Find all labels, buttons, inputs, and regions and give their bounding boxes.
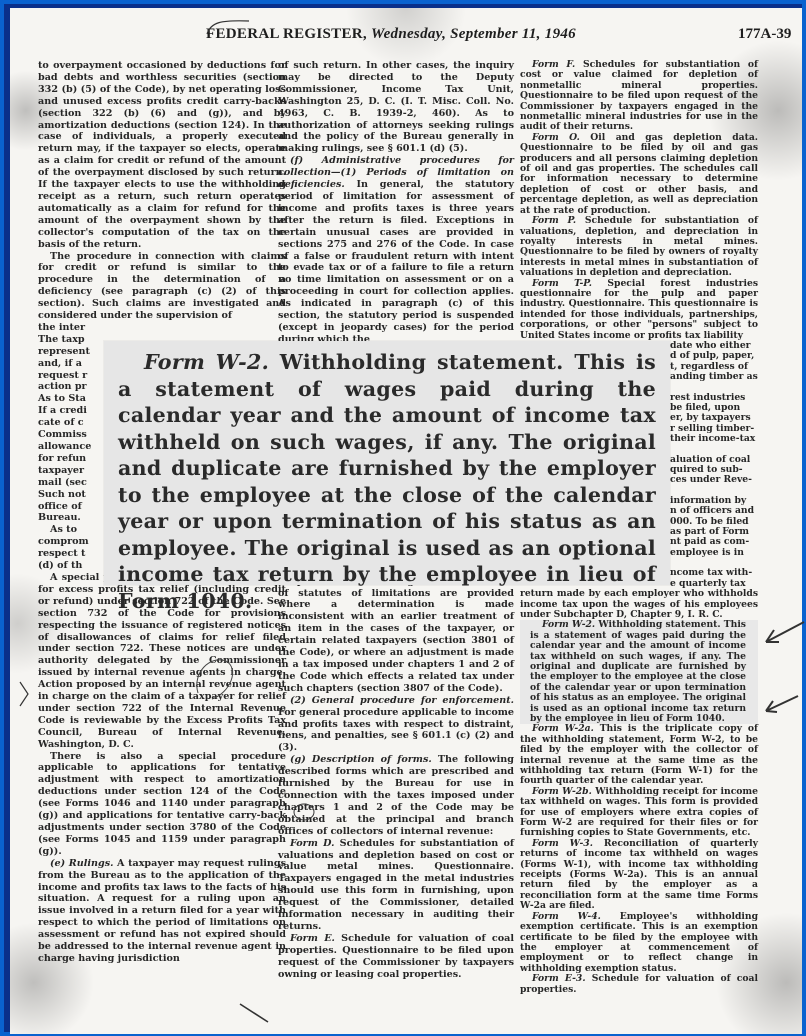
form-d-text: Schedules for substantiation of valuatio… (278, 838, 514, 932)
partial-line: action pr (38, 381, 108, 393)
partial-line: If a credi (38, 405, 108, 417)
forms-label: (g) Description of forms. (290, 754, 432, 765)
partial-line: The taxp (38, 334, 108, 346)
col3-form-tp: Form T-P. Special forest industries ques… (520, 279, 758, 341)
partial-line: mail (sec (38, 477, 108, 489)
col3-form-e3: Form E-3. Schedule for valuation of coal… (520, 974, 758, 995)
rulings-text: A taxpayer may request rulings from the … (38, 858, 286, 964)
partial-line: taxpayer (38, 465, 108, 477)
callout-label: Form W-2. (144, 350, 269, 374)
form-w4-label: Form W-4. (532, 911, 601, 922)
admin-text: In general, the statutory period of limi… (278, 179, 514, 345)
form-f-label: Form F. (532, 59, 575, 70)
partial-line: employee is in (670, 548, 758, 558)
partial-line: allowance (38, 441, 108, 453)
form-w2-label: Form W-2. (542, 619, 595, 630)
partial-line: represent (38, 346, 108, 358)
form-tp-label: Form T-P. (532, 278, 592, 289)
circled-letter-mark-icon (292, 802, 316, 822)
col3-form-f: Form F. Schedules for substantiation of … (520, 60, 758, 133)
partial-line: office of (38, 501, 108, 513)
col2-form-e: Form E. Schedule for valuation of coal p… (278, 933, 514, 981)
col3-form-p: Form P. Schedule for substantiation of v… (520, 216, 758, 278)
form-o-text: Oil and gas depletion data. Questionnair… (520, 132, 758, 216)
form-w2b-label: Form W-2b. (532, 786, 592, 797)
general-label: (2) General procedure for enforcement. (290, 695, 514, 706)
form-w2a-label: Form W-2a. (532, 723, 594, 734)
margin-bracket-icon (18, 680, 32, 708)
partial-line: As to Sta (38, 393, 108, 405)
partial-line: comprom (38, 536, 108, 548)
enlarged-form-w2-callout: Form W-2. Withholding statement. This is… (104, 341, 670, 585)
form-w2a-text: This is the triplicate copy of the withh… (520, 723, 758, 786)
col1-paragraph-4: There is also a special procedure applic… (38, 751, 286, 858)
col2-description-of-forms: (g) Description of forms. The following … (278, 754, 514, 837)
form-w2-text: Withholding statement. This is a stateme… (530, 619, 746, 724)
callout-text: Withholding statement. This is a stateme… (118, 350, 656, 613)
publication-date: Wednesday, September 11, 1946 (371, 26, 576, 42)
col2-admin-paragraph: (f) Administrative procedures for collec… (278, 155, 514, 346)
partial-line: Commiss (38, 429, 108, 441)
rulings-label: (e) Rulings. (50, 858, 113, 869)
form-w4-text: Employee's withholding exemption certifi… (520, 911, 758, 974)
forms-text: The following described forms which are … (278, 754, 514, 836)
arrow-annotation-icon (762, 618, 806, 648)
partial-line: Bureau. (38, 512, 108, 524)
publication-title: FEDERAL REGISTER, Wednesday, September 1… (206, 26, 576, 43)
col3-partial-lines: date who either d of pulp, paper, t, reg… (670, 341, 758, 589)
form-d-label: Form D. (290, 838, 334, 849)
callout-paragraph: Form W-2. Withholding statement. This is… (118, 349, 656, 614)
page-number: 177A-39 (738, 26, 791, 43)
newspaper-page: FEDERAL REGISTER, Wednesday, September 1… (10, 8, 802, 1034)
partial-line: anding timber as (670, 372, 758, 382)
col2-form-d: Form D. Schedules for substantiation of … (278, 838, 514, 933)
general-text: For general procedure applicable to inco… (278, 707, 514, 754)
col3-form-w2a: Form W-2a. This is the triplicate copy o… (520, 724, 758, 786)
form-w3-label: Form W-3. (532, 838, 593, 849)
form-tp-text: Special forest industries questionnaire … (520, 278, 758, 341)
form-p-text: Schedule for substantiation of valuation… (520, 215, 758, 278)
col2-general-procedure: (2) General procedure for enforcement. F… (278, 695, 514, 755)
partial-line: ces under Reve- (670, 475, 758, 485)
image-frame: FEDERAL REGISTER, Wednesday, September 1… (0, 0, 806, 1036)
partial-line: request r (38, 370, 108, 382)
col3-form-w2-highlighted: Form W-2. Withholding statement. This is… (520, 620, 758, 724)
partial-line: cate of c (38, 417, 108, 429)
page-header: FEDERAL REGISTER, Wednesday, September 1… (10, 26, 802, 46)
partial-line: (d) of th (38, 560, 108, 572)
col1-paragraph-2: The procedure in connection with claims … (38, 251, 286, 322)
pen-mark-icon (203, 16, 253, 36)
col3-form-w4: Form W-4. Employee's withholding exempti… (520, 912, 758, 974)
col3-form-w3: Form W-3. Reconciliation of quarterly re… (520, 839, 758, 912)
form-o-label: Form O. (532, 132, 580, 143)
form-w3-text: Reconciliation of quarterly returns of i… (520, 838, 758, 911)
pen-loop-mark-icon (190, 653, 240, 708)
form-p-label: Form P. (532, 215, 576, 226)
col1-rulings-paragraph: (e) Rulings. A taxpayer may request ruli… (38, 858, 286, 965)
col3-form-w2b: Form W-2b. Withholding receipt for incom… (520, 787, 758, 839)
form-e3-label: Form E-3. (532, 973, 586, 984)
arrow-annotation-icon (762, 693, 802, 715)
partial-line: the inter (38, 322, 108, 334)
partial-line: and, if a (38, 358, 108, 370)
form-f-text: Schedules for substantiation of cost or … (520, 59, 758, 132)
col1-partial-lines: the inter The taxp represent and, if a r… (38, 322, 108, 572)
col2-paragraph-1: of such return. In other cases, the inqu… (278, 60, 514, 155)
form-e-label: Form E. (290, 933, 335, 944)
col3-form-o: Form O. Oil and gas depletion data. Ques… (520, 133, 758, 216)
partial-line: their income-tax (670, 434, 758, 444)
partial-line: Such not (38, 489, 108, 501)
partial-line: for refun (38, 453, 108, 465)
col1-paragraph-1: to overpayment occasioned by deductions … (38, 60, 286, 251)
partial-line: As to (38, 524, 108, 536)
partial-line: respect t (38, 548, 108, 560)
pen-stroke-mark-icon (238, 1000, 272, 1026)
